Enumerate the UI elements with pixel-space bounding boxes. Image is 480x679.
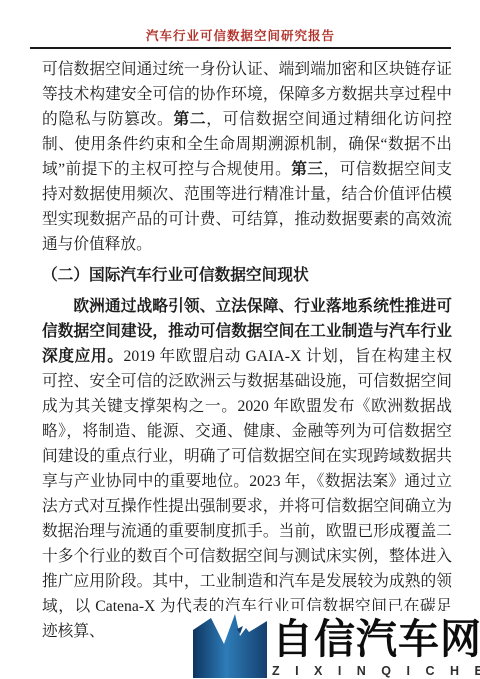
text-segment: 2019 年欧盟启动 GAIA-X 计划，旨在构建主权可控、安全可信的泛欧洲云与… <box>42 348 452 640</box>
section-heading: （二）国际汽车行业可信数据空间现状 <box>42 263 452 288</box>
logo-text-block: 自信汽车网 Z I X I N Q I C H E W A N G <box>272 617 480 679</box>
paragraph-trusted-data-space: 可信数据空间通过统一身份认证、端到端加密和区块链存证等技术构建安全可信的协作环境… <box>42 57 452 257</box>
document-body: 可信数据空间通过统一身份认证、端到端加密和区块链存证等技术构建安全可信的协作环境… <box>42 49 452 644</box>
page-header: 汽车行业可信数据空间研究报告 <box>30 0 451 49</box>
blue-lightning-z-icon <box>193 614 267 678</box>
paragraph-international-status: 欧洲通过战略引领、立法保障、行业落地系统性推进可信数据空间建设，推动可信数据空间… <box>42 294 452 644</box>
text-segment: 第二 <box>173 111 206 128</box>
text-segment: 第三 <box>291 161 323 178</box>
header-title: 汽车行业可信数据空间研究报告 <box>30 26 451 44</box>
watermark-logo: 自信汽车网 Z I X I N Q I C H E W A N G <box>193 611 480 679</box>
document-page: 汽车行业可信数据空间研究报告 可信数据空间通过统一身份认证、端到端加密和区块链存… <box>0 0 480 679</box>
logo-subtext: Z I X I N Q I C H E W A N G <box>272 663 480 679</box>
logo-text: 自信汽车网 <box>272 617 480 661</box>
